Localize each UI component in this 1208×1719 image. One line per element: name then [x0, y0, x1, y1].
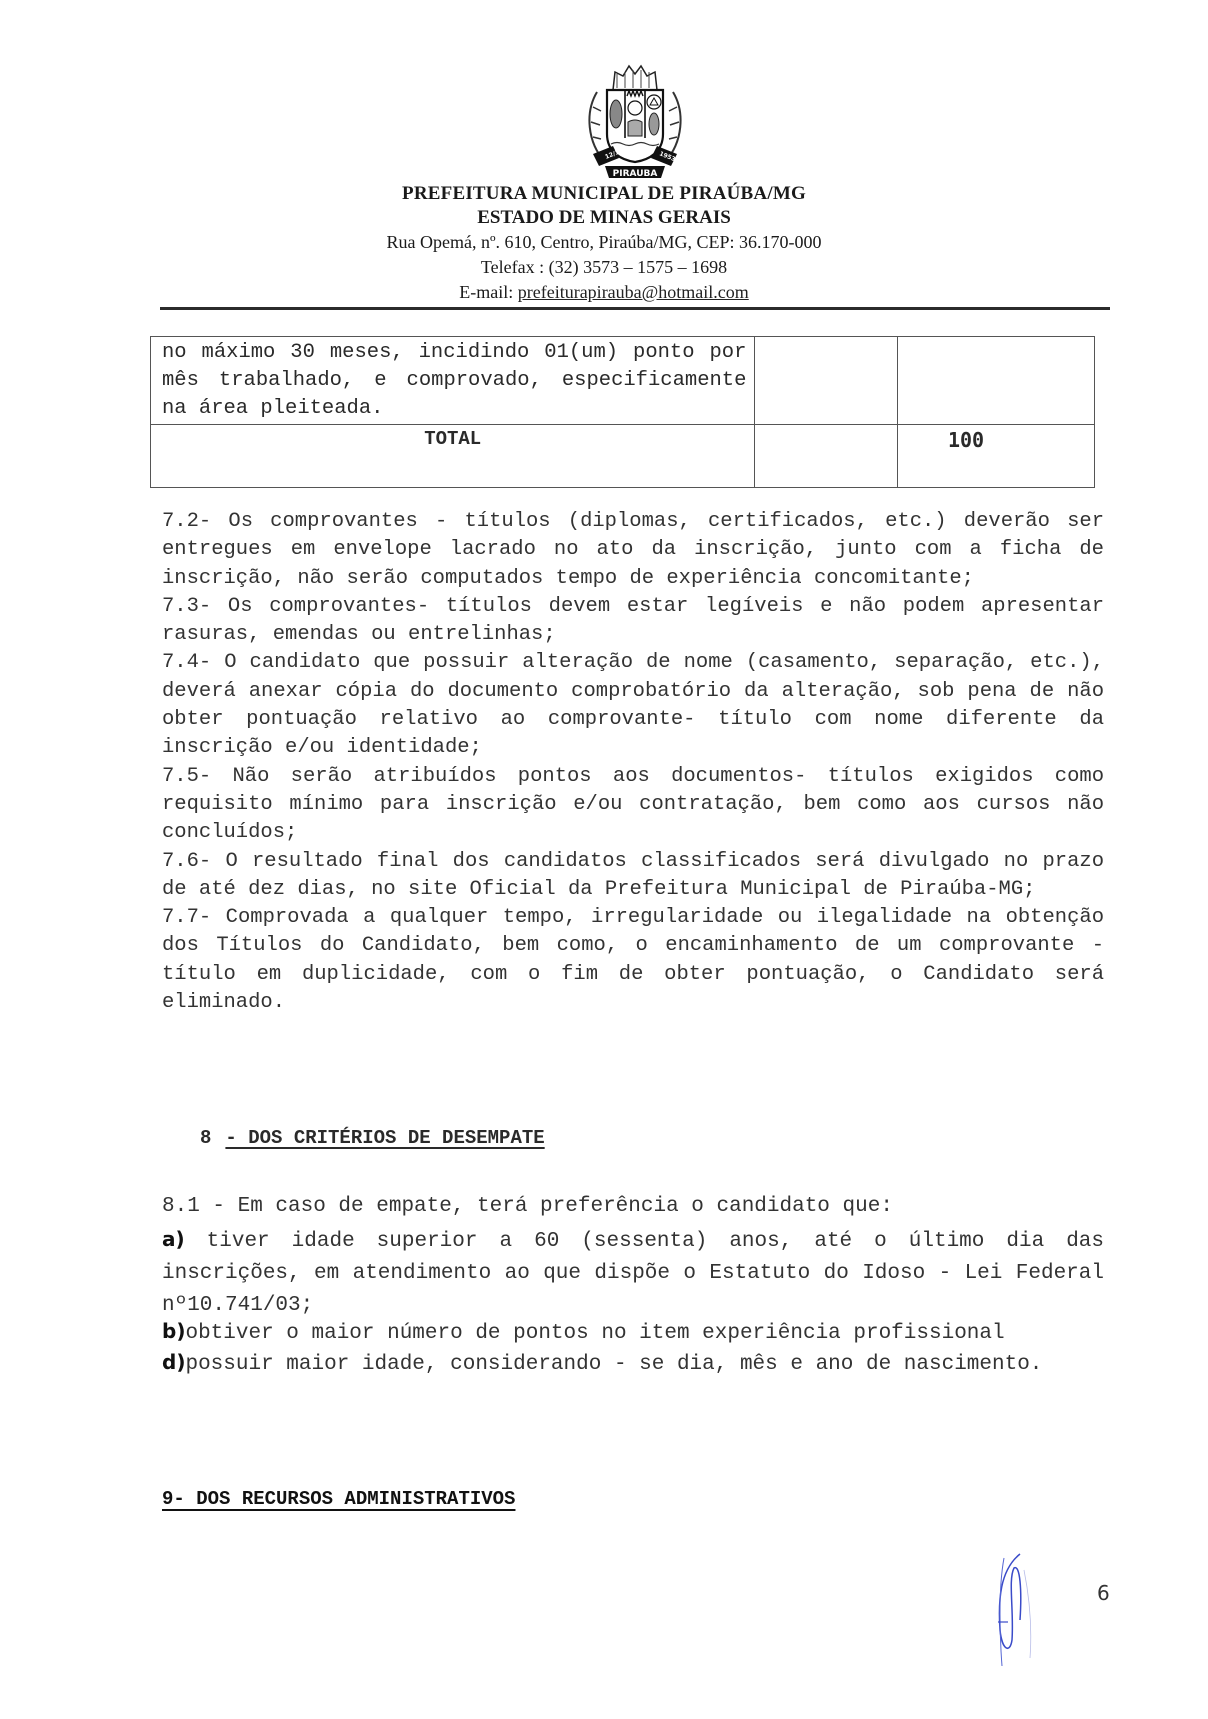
table-cell-total-label: TOTAL — [151, 425, 755, 488]
header-email-line: E-mail: prefeiturapirauba@hotmail.com — [0, 282, 1208, 303]
item-8-1: 8.1 - Em caso de empate, terá preferênci… — [162, 1191, 1104, 1223]
section-8-body: 8.1 - Em caso de empate, terá preferênci… — [162, 1191, 1104, 1322]
table-row: no máximo 30 meses, incidindo 01(um) pon… — [151, 337, 1095, 425]
criterion-d: d)possuir maior idade, considerando - se… — [162, 1348, 1104, 1379]
criterion-a: a) tiver idade superior a 60 (sessenta) … — [162, 1223, 1104, 1322]
criterion-label: b) — [162, 1319, 185, 1343]
item-7-5: 7.5- Não serão atribuídos pontos aos doc… — [162, 763, 1104, 848]
criterion-text: obtiver o maior número de pontos no item… — [185, 1322, 1004, 1345]
section-8-heading: 8- DOS CRITÉRIOS DE DESEMPATE — [200, 1127, 545, 1149]
score-table: no máximo 30 meses, incidindo 01(um) pon… — [150, 336, 1095, 488]
page-number: 6 — [1097, 1581, 1110, 1605]
criterion-text: tiver idade superior a 60 (sessenta) ano… — [162, 1230, 1104, 1317]
table-cell-description: no máximo 30 meses, incidindo 01(um) pon… — [151, 337, 755, 425]
coat-of-arms-icon: 12/12 1953 PIRAUBA — [575, 62, 695, 180]
item-7-6: 7.6- O resultado final dos candidatos cl… — [162, 848, 1104, 905]
table-cell-points — [897, 337, 1094, 425]
item-7-7: 7.7- Comprovada a qualquer tempo, irregu… — [162, 904, 1104, 1017]
header-divider — [160, 307, 1110, 310]
section-8-number: 8 — [200, 1127, 211, 1149]
section-8-title: - DOS CRITÉRIOS DE DESEMPATE — [225, 1127, 544, 1149]
table-cell-total-points: 100 — [897, 425, 1094, 488]
table-cell-max — [755, 425, 898, 488]
header-address: Rua Opemá, nº. 610, Centro, Piraúba/MG, … — [0, 232, 1208, 253]
signature-initials-icon — [990, 1550, 1050, 1670]
header-state: ESTADO DE MINAS GERAIS — [0, 207, 1208, 229]
criterion-label: d) — [162, 1350, 185, 1374]
section-9-heading: 9- DOS RECURSOS ADMINISTRATIVOS — [162, 1488, 515, 1510]
item-7-2: 7.2- Os comprovantes - títulos (diplomas… — [162, 508, 1104, 593]
svg-text:PIRAUBA: PIRAUBA — [613, 169, 658, 179]
criterion-text: possuir maior idade, considerando - se d… — [185, 1353, 1042, 1376]
section-8-body-continued: b)obtiver o maior número de pontos no it… — [162, 1317, 1104, 1379]
section-7-items: 7.2- Os comprovantes - títulos (diplomas… — [162, 508, 1104, 1017]
table-cell-max — [755, 337, 898, 425]
item-7-4: 7.4- O candidato que possuir alteração d… — [162, 649, 1104, 762]
item-7-3: 7.3- Os comprovantes- títulos devem esta… — [162, 593, 1104, 650]
table-row-total: TOTAL 100 — [151, 425, 1095, 488]
email-label: E-mail: — [459, 282, 517, 302]
criterion-label: a) — [162, 1227, 185, 1251]
criterion-b: b)obtiver o maior número de pontos no it… — [162, 1317, 1104, 1348]
email-link[interactable]: prefeiturapirauba@hotmail.com — [518, 282, 749, 302]
header-title: PREFEITURA MUNICIPAL DE PIRAÚBA/MG — [0, 183, 1208, 205]
header-phone: Telefax : (32) 3573 – 1575 – 1698 — [0, 257, 1208, 278]
